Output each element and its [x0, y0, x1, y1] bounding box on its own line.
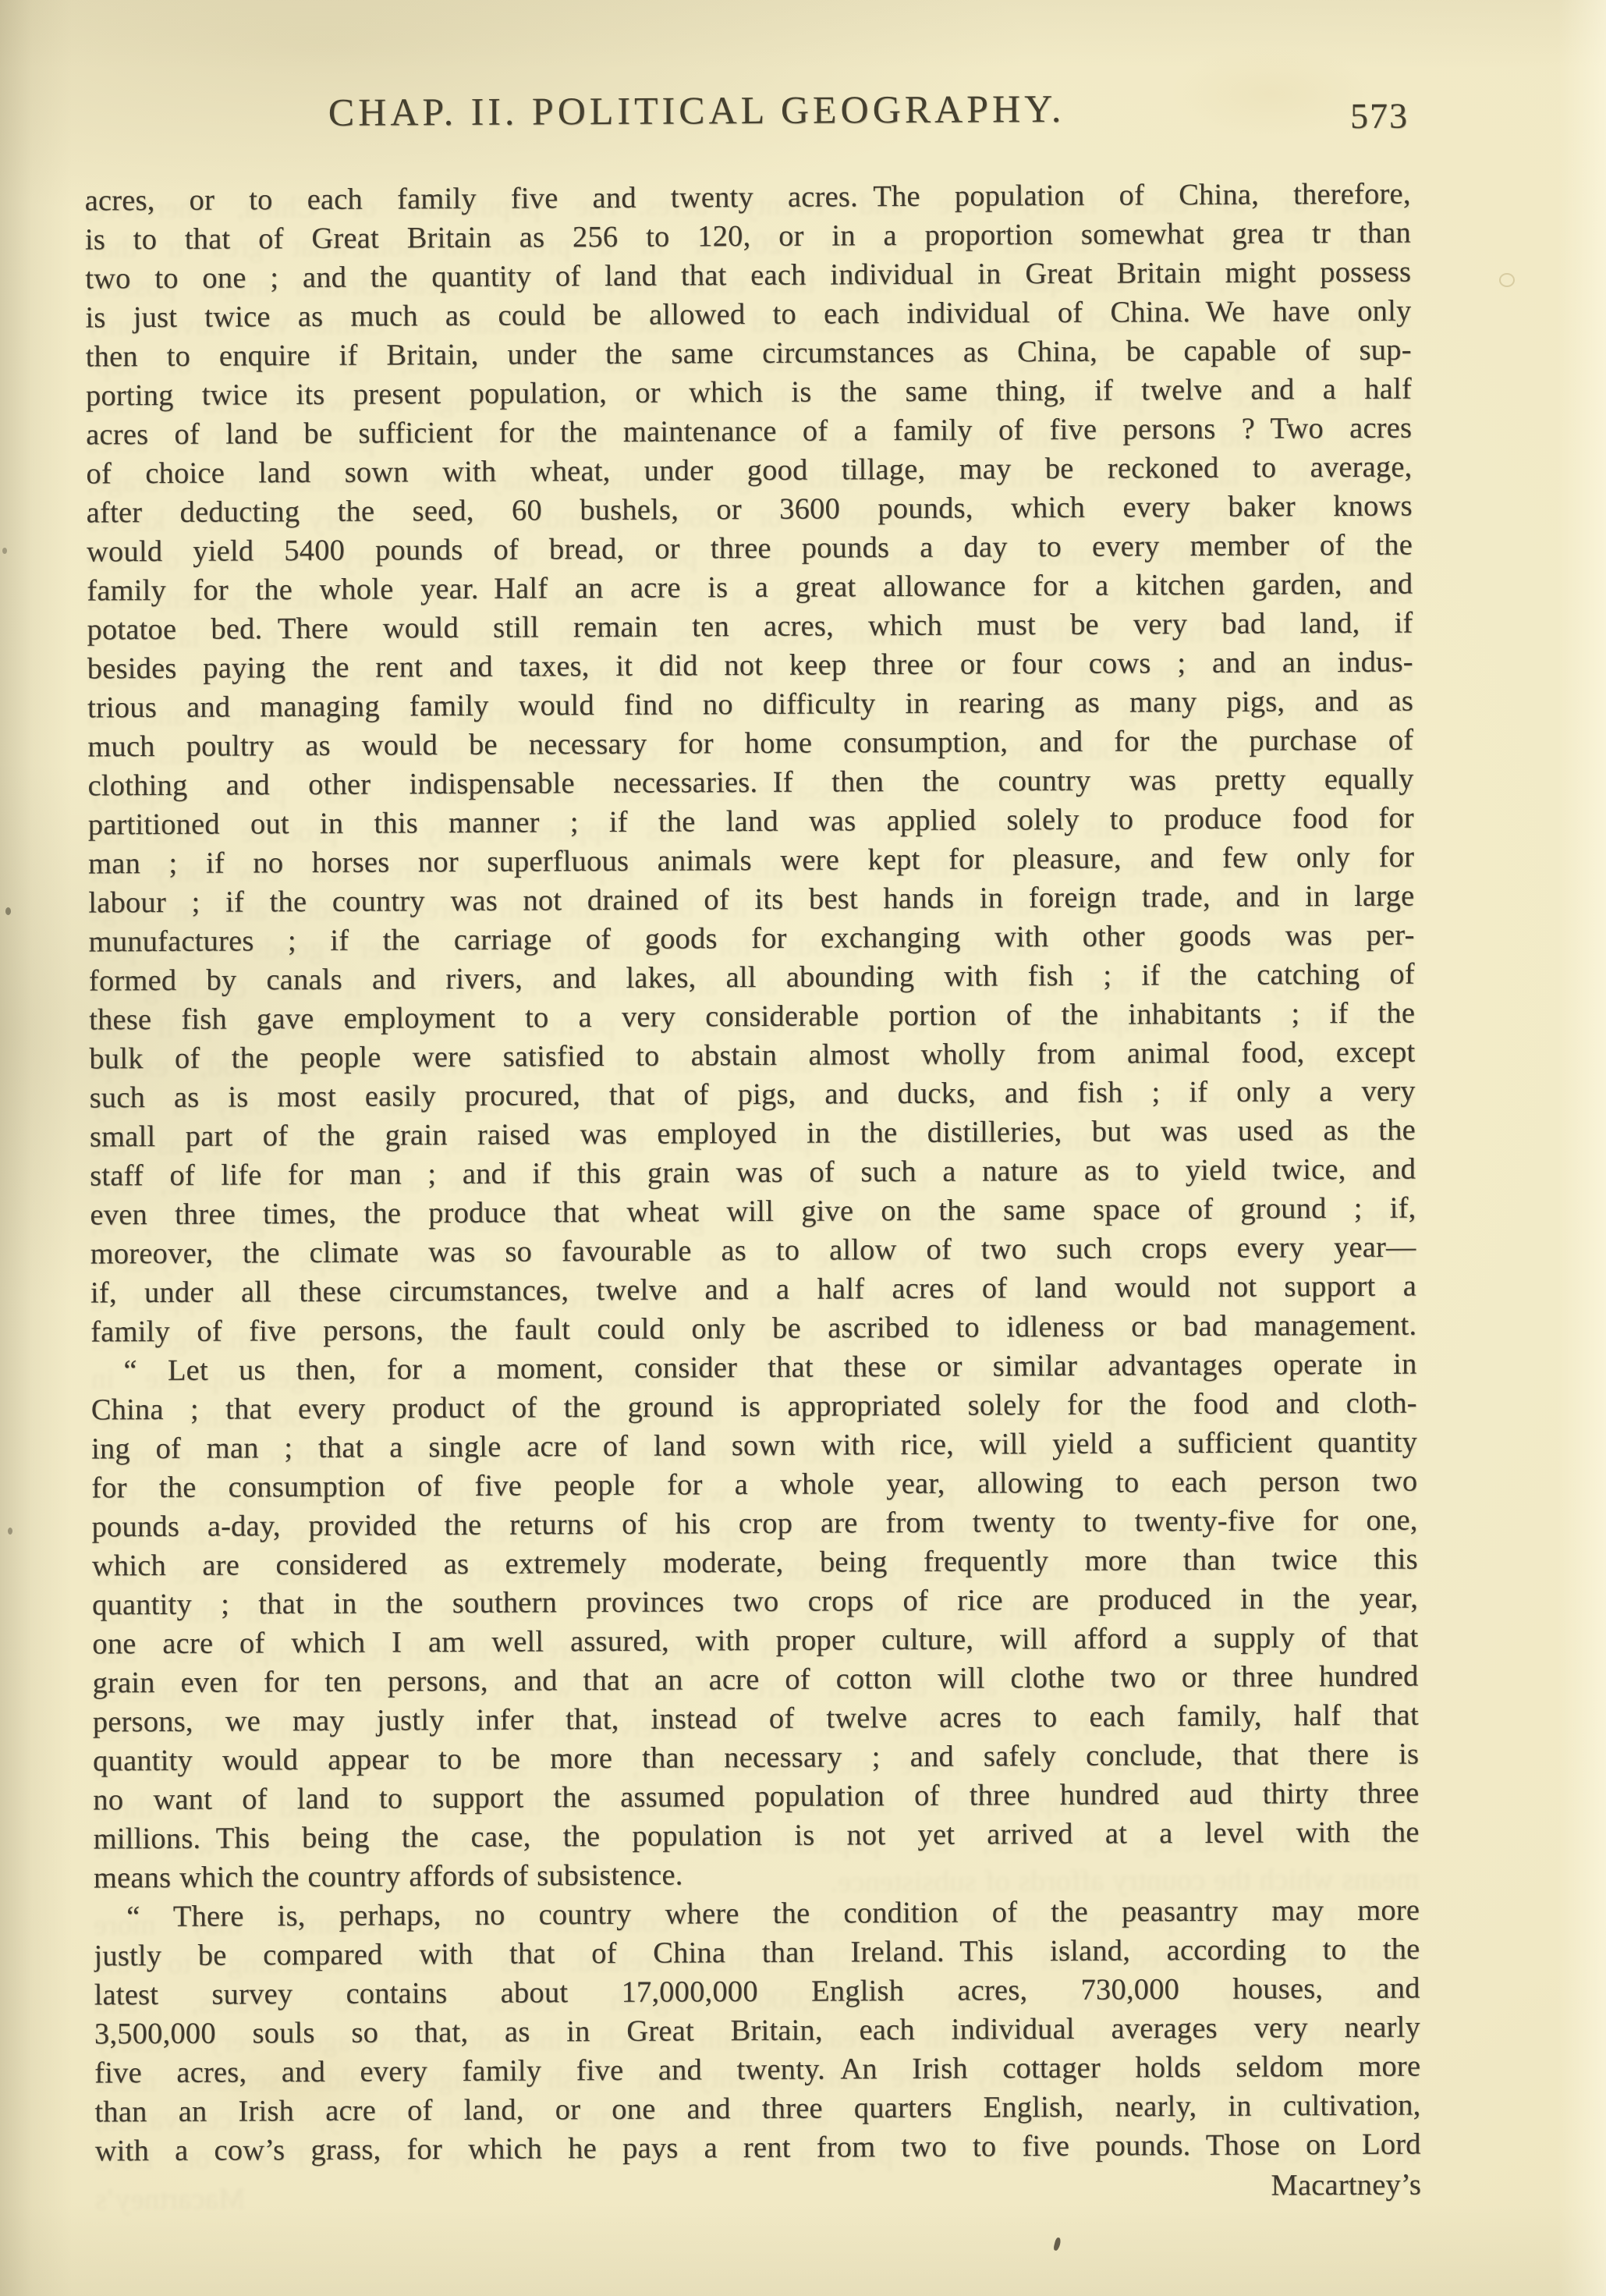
text-line: formed by canals and rivers, and lakes, … [89, 955, 1415, 1001]
text-line: quantity would appear to be more than ne… [93, 1735, 1419, 1781]
text-line: bulk of the people were satisfied to abs… [89, 1033, 1415, 1079]
text-line: labour ; if the country was not drained … [88, 877, 1414, 923]
text-line: such as is most easily procured, that of… [90, 1072, 1416, 1118]
text-line: then to enquire if Britain, under the sa… [86, 331, 1412, 377]
text-line: family of five persons, the fault could … [90, 1306, 1416, 1352]
text-line: means which the country affords of subsi… [94, 1852, 1420, 1898]
page-number: 573 [1350, 95, 1409, 137]
text-line: than an Irish acre of land, or one and t… [94, 2086, 1420, 2132]
text-line: man ; if no horses nor superfluous anima… [88, 838, 1414, 884]
text-line: clothing and other indispensable necessa… [87, 760, 1413, 806]
text-line: two to one ; and the quantity of land th… [85, 253, 1411, 299]
text-line: family for the whole year. Half an acre … [87, 565, 1413, 611]
text-line: after deducting the seed, 60 bushels, or… [87, 487, 1413, 533]
text-line: potatoe bed. There would still remain te… [87, 604, 1413, 650]
text-line: of choice land sown with wheat, under go… [86, 448, 1412, 494]
paper-stain-ring [1499, 273, 1515, 287]
text-line: for the consumption of five people for a… [91, 1462, 1417, 1508]
text-line: persons, we may justly infer that, inste… [93, 1696, 1419, 1742]
text-line: even three times, the produce that wheat… [90, 1189, 1416, 1235]
text-line: staff of life for man ; and if this grai… [90, 1150, 1416, 1196]
paper-speck [8, 1528, 12, 1535]
text-line: is just twice as much as could be allowe… [85, 292, 1411, 338]
page-content: CHAP. II. POLITICAL GEOGRAPHY. 573 acres… [84, 84, 1421, 2212]
text-line: China ; that every product of the ground… [91, 1384, 1417, 1430]
paper-speck [5, 907, 11, 915]
text-line: 3,500,000 souls so that, as in Great Bri… [94, 2008, 1420, 2054]
text-line: latest survey contains about 17,000,000 … [94, 1969, 1420, 2015]
text-line: five acres, and every family five and tw… [94, 2047, 1420, 2093]
body-text: acres, or to each family five and twenty… [85, 175, 1422, 2212]
text-line: acres of land be sufficient for the main… [86, 409, 1412, 455]
text-line: no want of land to support the assumed p… [93, 1774, 1419, 1820]
text-line: which are considered as extremely modera… [92, 1540, 1418, 1586]
text-line: these fish gave employment to a very con… [89, 994, 1415, 1040]
text-line: “ Let us then, for a moment, consider th… [90, 1345, 1416, 1391]
body-block: acres, or to each family five and twenty… [85, 175, 1422, 2212]
text-line: much poultry as would be necessary for h… [87, 721, 1413, 767]
text-line: grain even for ten persons, and that an … [92, 1657, 1418, 1703]
text-line: munufactures ; if the carriage of goods … [88, 916, 1414, 962]
catchword: Macartney’s [95, 2166, 1421, 2212]
text-line: one acre of which I am well assured, wit… [92, 1618, 1418, 1664]
running-head-row: CHAP. II. POLITICAL GEOGRAPHY. 573 [84, 84, 1410, 154]
paper-ink-fleck [1053, 2237, 1062, 2251]
text-line: justly be compared with that of China th… [94, 1930, 1420, 1976]
text-line: besides paying the rent and taxes, it di… [87, 643, 1413, 689]
text-line: partitioned out in this manner ; if the … [88, 799, 1414, 845]
text-line: porting twice its present population, or… [86, 370, 1412, 416]
text-line: acres, or to each family five and twenty… [85, 175, 1411, 221]
book-page: CHAP. II. POLITICAL GEOGRAPHY. 573 acres… [0, 0, 1606, 2296]
text-line: “ There is, perhaps, no country where th… [94, 1891, 1420, 1937]
text-line: millions. This being the case, the popul… [93, 1813, 1419, 1859]
text-line: trious and managing family would find no… [87, 682, 1413, 728]
text-line: quantity ; that in the southern province… [92, 1579, 1418, 1625]
text-line: moreover, the climate was so favourable … [90, 1228, 1416, 1274]
text-line: ing of man ; that a single acre of land … [91, 1423, 1417, 1469]
text-line: with a cow’s grass, for which he pays a … [95, 2125, 1421, 2171]
text-line: pounds a-day, provided the returns of hi… [91, 1501, 1417, 1547]
paper-speck [2, 548, 7, 554]
running-head: CHAP. II. POLITICAL GEOGRAPHY. [84, 84, 1309, 136]
text-line: is to that of Great Britain as 256 to 12… [85, 214, 1411, 260]
text-line: small part of the grain raised was emplo… [90, 1111, 1416, 1157]
text-line: would yield 5400 pounds of bread, or thr… [87, 526, 1413, 572]
text-line: if, under all these circumstances, twelv… [90, 1267, 1416, 1313]
